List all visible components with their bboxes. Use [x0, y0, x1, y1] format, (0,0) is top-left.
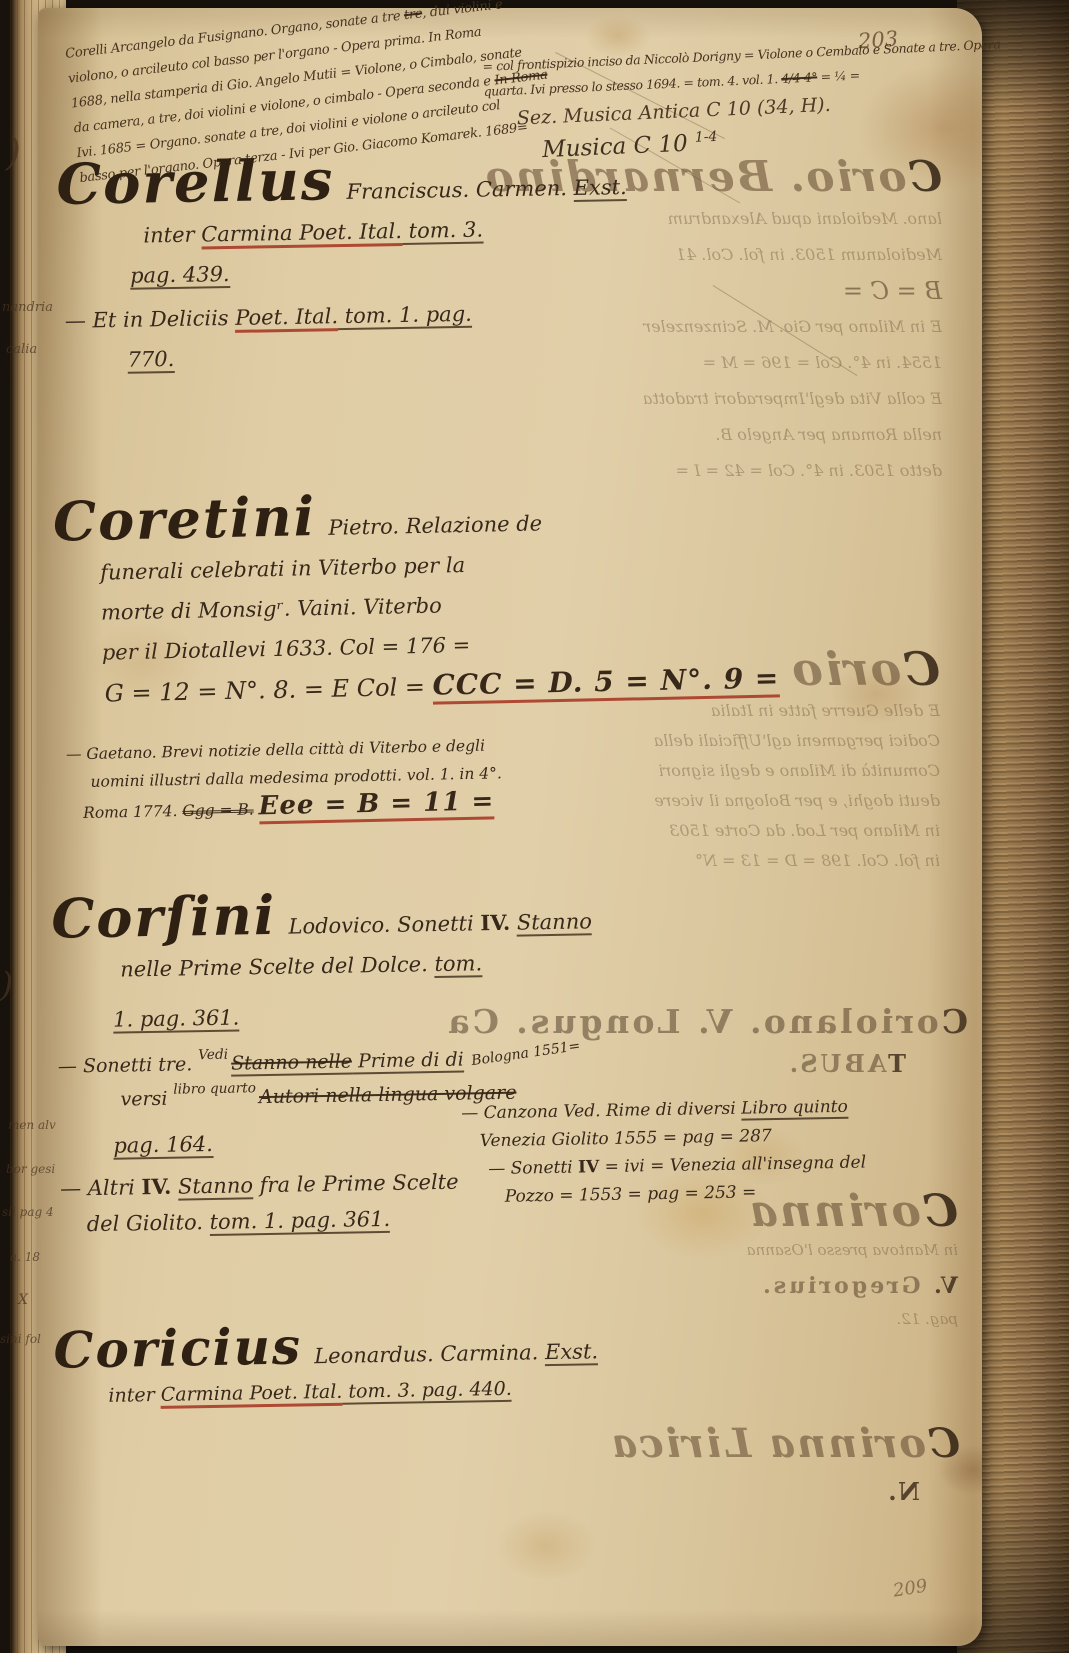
roman-numeral: IV. — [480, 910, 510, 936]
underlined-seg: Libro quinto — [741, 1097, 848, 1121]
text-seg: per il Diotallevi 1633. Col = 176 = — [102, 633, 471, 665]
text-seg: — Canzona Ved. Rime di diversi — [461, 1099, 741, 1124]
text-seg: Pozzo = 1553 = pag = 253 = — [505, 1182, 757, 1206]
red-underlined-seg: Eee = B = 11 = — [258, 786, 494, 824]
entry-headword: Corſini — [51, 883, 277, 951]
underlined-seg: 770. — [127, 347, 174, 374]
bleedthrough-coriolano: Coriolano. V. Longus. Ca TABUS. — [638, 1002, 968, 1078]
text-seg: morte di Monsigʳ. Vaini. Viterbo — [101, 593, 442, 624]
ghost-headword: Corinna Lirica — [648, 1420, 960, 1467]
bleedthrough-corinna-2: Corinna Lirica N. — [648, 1420, 960, 1506]
red-underlined-seg: CCC = D. 5 = N°. 9 = — [432, 661, 779, 704]
underlined-seg: pag. 164. — [113, 1132, 213, 1160]
entry-headword: Coretini — [52, 484, 316, 553]
underlined-seg: tom. 1. pag. — [338, 302, 472, 330]
text-line: pag. 439. — [130, 247, 629, 296]
underlined-seg: Exst. — [573, 175, 627, 202]
ghost-print-line: V. Gregorius. — [636, 1273, 958, 1299]
underlined-seg: 1. pag. 361. — [113, 1005, 240, 1033]
inserted-seg: libro quarto — [173, 1080, 256, 1097]
text-seg: del Giolito. — [86, 1210, 209, 1236]
text-seg: G = 12 = N°. 8. = E Col = — [104, 673, 432, 708]
ghost-line: E colla Vita degl'Imperadori tradotta — [560, 381, 942, 417]
edge-fragment: a. 18 — [10, 1250, 40, 1264]
red-underlined-seg: Carmina Poet. Ital. — [161, 1381, 343, 1409]
red-underlined-seg: Carmina Poet. Ital. — [201, 219, 402, 249]
roman-numeral: IV — [578, 1157, 600, 1177]
entry-headword: Corellus — [56, 147, 335, 218]
inserted-seg: Vedi — [198, 1047, 228, 1064]
edge-fragment: ) — [0, 965, 13, 1005]
edge-fragment: nandria — [2, 300, 53, 315]
text-seg: — Sonetti — [488, 1158, 578, 1180]
underlined-seg: tom. 1. pag. 361. — [209, 1207, 390, 1236]
underlined-seg: tom. 3. pag. 440. — [342, 1378, 512, 1405]
edge-fragment: sini fol — [0, 1332, 41, 1346]
edge-fragment: bor gesi — [6, 1162, 55, 1176]
text-seg: — Gaetano. Brevi notizie della città di … — [66, 737, 485, 764]
entry-corellus: CorellusFranciscus. Carmen. Exst. inter … — [56, 155, 630, 381]
text-seg: inter — [108, 1384, 161, 1407]
ghost-line: in fol. Col. 198 = D = 13 = N° — [600, 846, 940, 876]
text-seg: Pietro. Relazione de — [328, 511, 542, 539]
manuscript-scan: Corio. Bernardino lano. Mediolani apud A… — [0, 0, 1069, 1653]
entry-coricius: CoriciusLeonardus. Carmina. Exst. inter … — [53, 1321, 599, 1416]
text-line: inter Carmina Poet. Ital. tom. 3. pag. 4… — [108, 1367, 599, 1416]
struck-seg: Ggg = B. — [182, 800, 254, 819]
text-seg: inter — [143, 222, 201, 247]
text-seg: Lodovico. Sonetti — [288, 911, 480, 938]
ghost-line: detto 1503. in 4°. Col = 42 = I = — [560, 453, 942, 489]
entry-headword: Coricius — [53, 1316, 302, 1379]
inserted-seg: Bologna 1551= — [469, 1026, 583, 1081]
underlined-seg: tom. — [434, 951, 482, 978]
struck-seg: 4/4 4° — [781, 69, 818, 86]
entry-coretini: CoretiniPietro. Relazione de funerali ce… — [53, 486, 782, 827]
ghost-print-line: Coriolano. V. Longus. Ca — [638, 1002, 968, 1041]
ghost-line: pag. 12. — [636, 1299, 958, 1339]
text-seg: versi — [120, 1088, 173, 1111]
underlined-seg: Stanno — [178, 1173, 253, 1200]
edge-fragment: sii pag 4 — [2, 1205, 54, 1219]
text-seg: Leonardus. Carmina. — [314, 1340, 545, 1368]
ghost-print-line: TABUS. — [638, 1049, 906, 1078]
underlined-seg: Exst. — [545, 1339, 599, 1366]
shelfmark-sup: 1-4 — [694, 129, 717, 146]
ghost-print-line: N. — [648, 1477, 920, 1506]
underlined-seg: Stanno — [517, 909, 592, 936]
text-line: nelle Prime Scelte del Dolce. tom. — [120, 941, 593, 989]
text-seg: — Et in Deliciis — [65, 306, 236, 333]
text-seg: — Altri — [60, 1175, 142, 1200]
publisher-marginal-note: = col frontispizio inciso da Niccolò Dor… — [482, 31, 1005, 165]
bleedthrough-corinna-1: Corinna in Mantova presso l'Osanna V. Gr… — [636, 1186, 958, 1339]
text-seg: = ¼ = — [817, 68, 860, 85]
edge-fragment: calia — [6, 342, 37, 357]
ghost-line: nella Romana per Angelo B. — [560, 417, 942, 453]
text-seg: Franciscus. Carmen. — [346, 176, 574, 204]
text-seg: = ivi = Venezia all'insegna del — [599, 1152, 866, 1177]
text-line: 1. pag. 361. — [113, 991, 594, 1039]
text-seg: Venezia Giolito 1555 = pag = 287 — [480, 1126, 772, 1151]
ghost-line: in Mantova presso l'Osanna — [636, 1237, 958, 1263]
text-seg: fra le Prime Scelte — [253, 1170, 459, 1198]
text-seg: nelle Prime Scelte del Dolce. — [120, 952, 435, 981]
text-line: CorellusFranciscus. Carmen. Exst. — [56, 155, 627, 217]
edge-fragment: men alve — [8, 1118, 56, 1132]
roman-numeral: IV. — [141, 1174, 171, 1200]
struck-seg: tre — [403, 6, 423, 23]
underlined-seg: pag. 439. — [130, 262, 230, 290]
text-line: CorſiniLodovico. Sonetti IV. Stanno — [51, 889, 592, 950]
red-underlined-seg: Poet. Ital. — [235, 304, 338, 333]
text-seg: — Sonetti tre. — [58, 1053, 199, 1077]
underlined-seg: Prime di di — [352, 1049, 464, 1075]
entry-corsini-right-column: — Canzona Ved. Rime di diversi Libro qui… — [461, 1092, 867, 1211]
edge-fragment: X — [18, 1292, 28, 1308]
ghost-line: in Milano per Lod. da Corte 1503 — [600, 816, 940, 846]
text-seg: , dui violini e — [421, 0, 503, 21]
underlined-seg: tom. 3. — [402, 218, 484, 245]
left-edge-fragments: ) nandria calia ) men alve bor gesi sii … — [0, 0, 56, 1653]
struck-seg: Stanno nelle — [231, 1051, 352, 1077]
edge-fragment: ) — [6, 130, 21, 174]
text-seg: Roma 1774. — [83, 802, 183, 822]
text-seg: funerali celebrati in Viterbo per la — [100, 553, 465, 585]
